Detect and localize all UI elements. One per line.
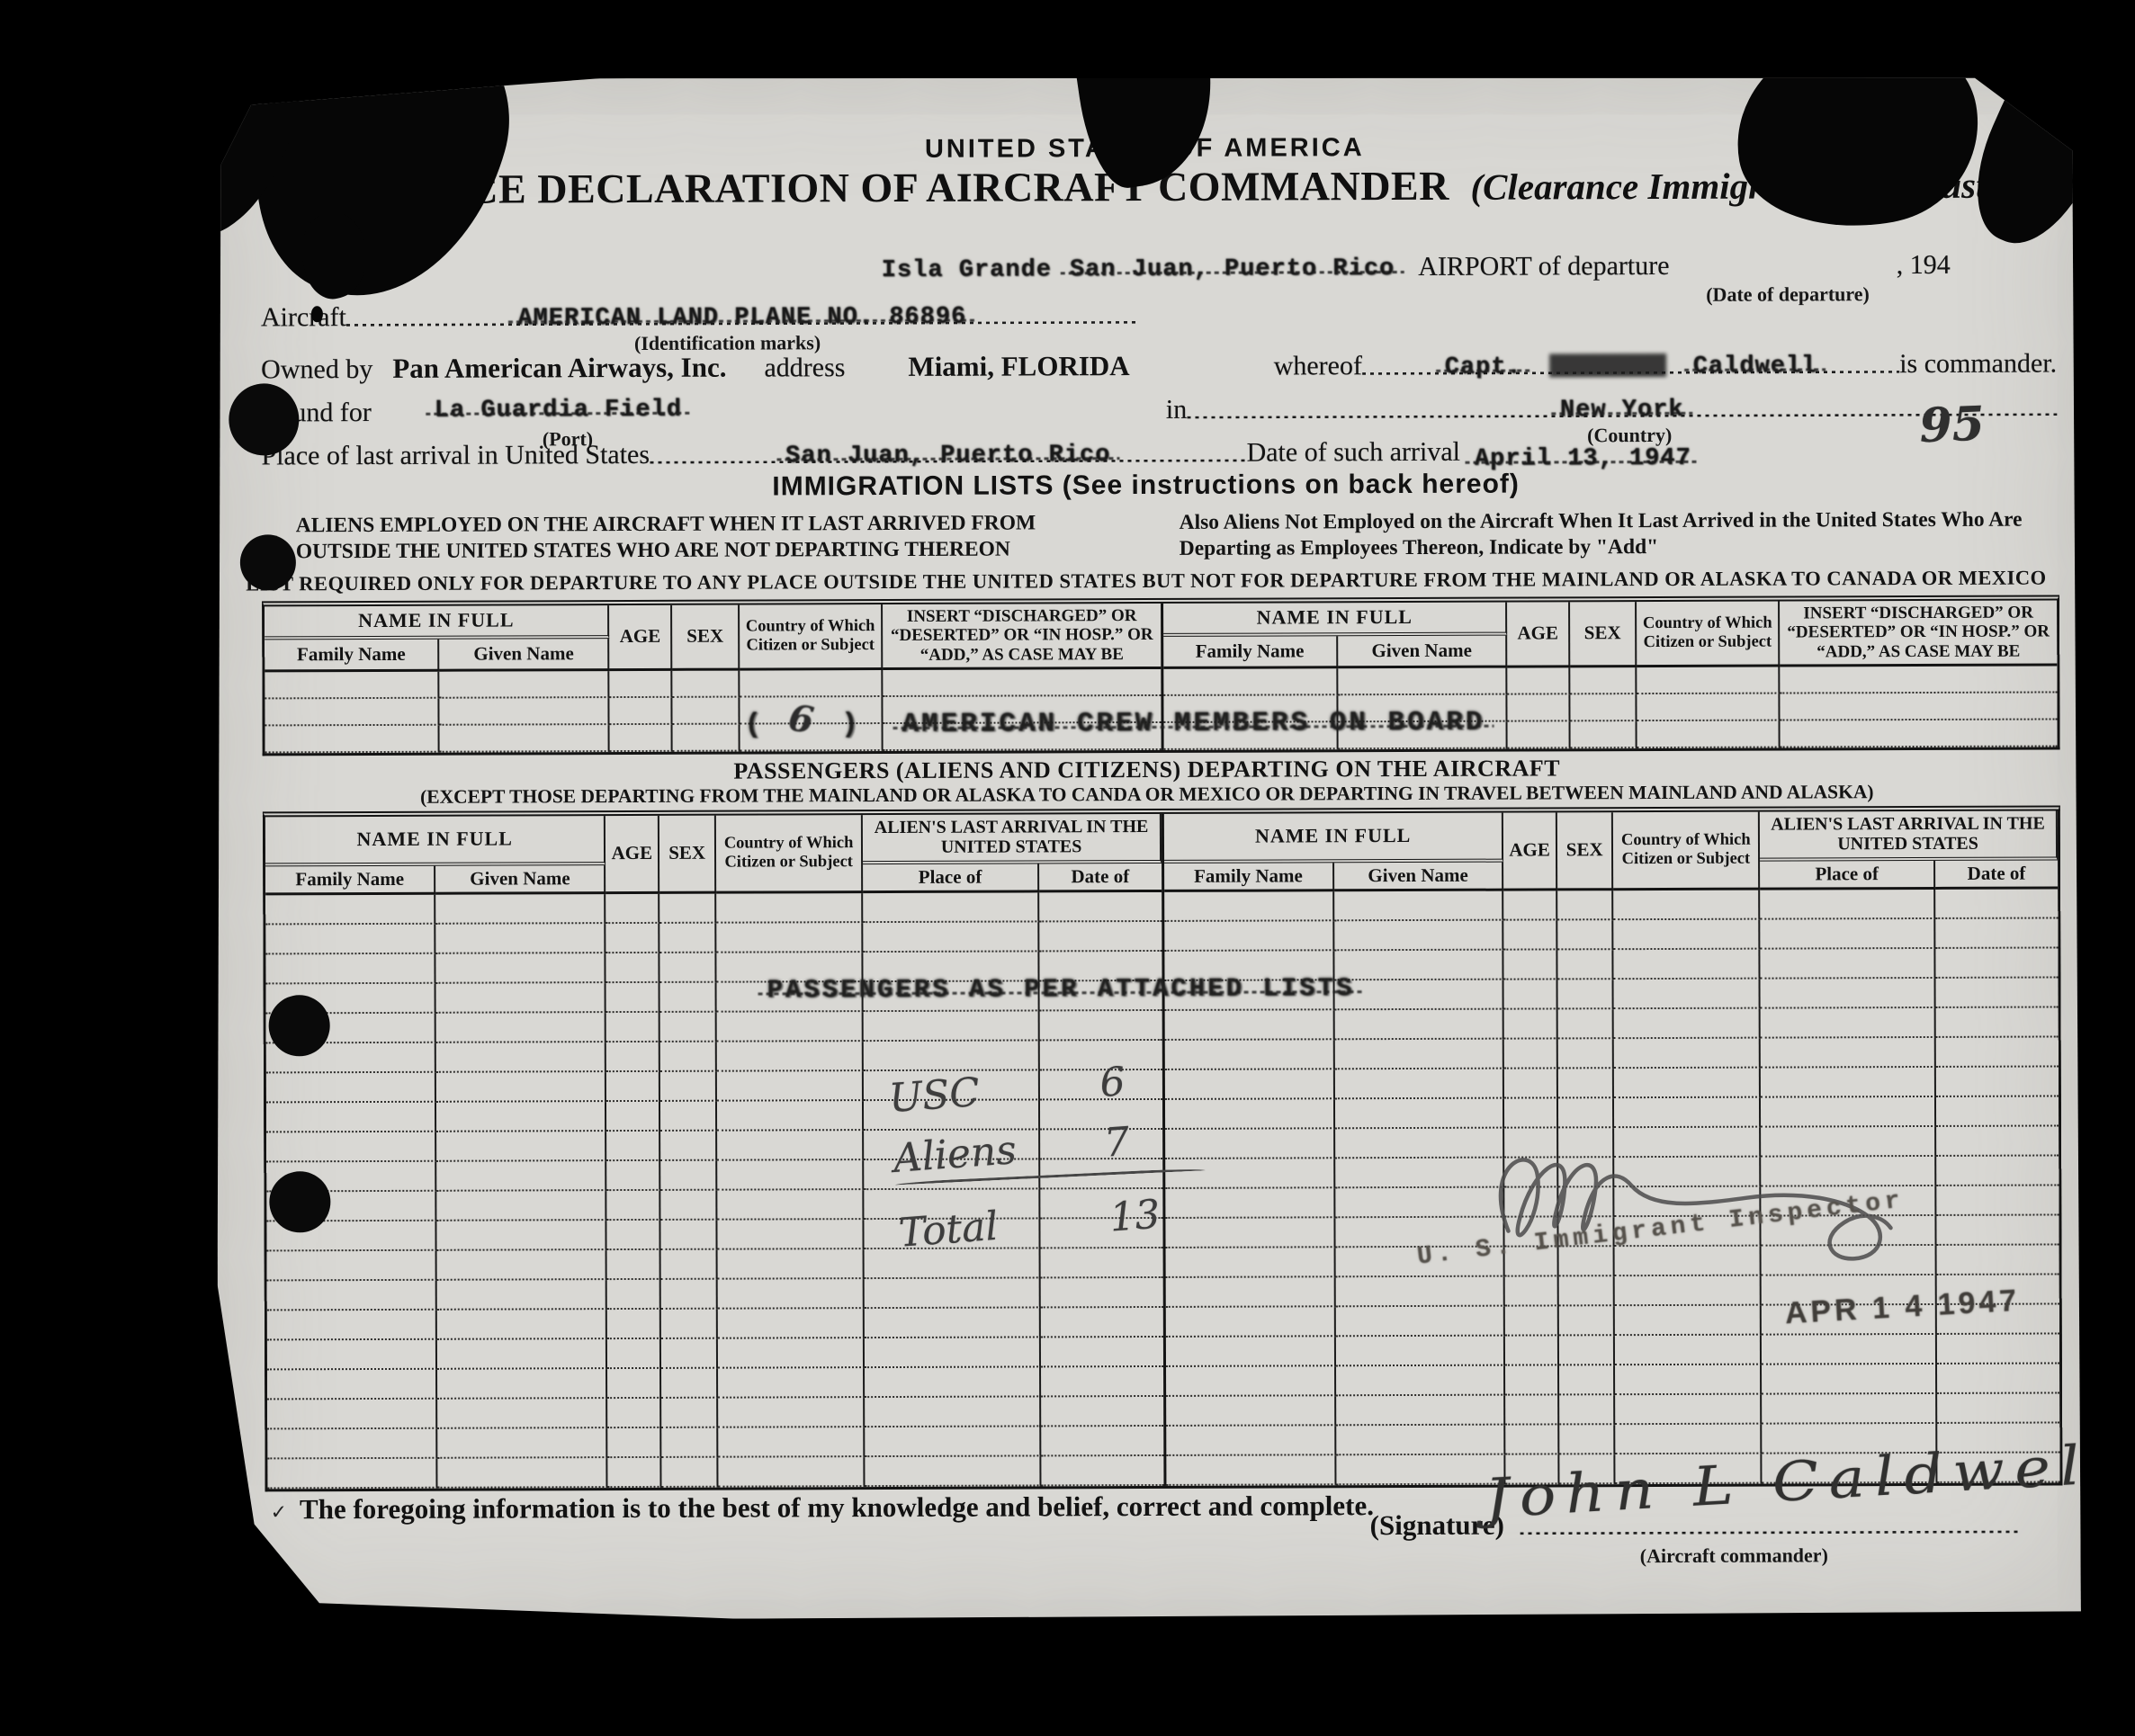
last-arrival-label: Place of last arrival in United States bbox=[261, 440, 650, 472]
pen-check-mark: ✓ bbox=[271, 1500, 288, 1524]
col-country: Country of Which Citizen or Subject bbox=[716, 815, 864, 894]
table-row bbox=[1165, 1068, 2059, 1100]
col-insert-note: INSERT “DISCHARGED” OR “DESERTED” OR “IN… bbox=[1780, 600, 2057, 667]
handwritten-tallies: USC 6 Aliens 7 Total 13 bbox=[887, 1053, 1210, 1257]
col-age: AGE bbox=[1507, 602, 1570, 667]
col-sex: SEX bbox=[1570, 602, 1637, 667]
owned-by-label: Owned by bbox=[261, 354, 372, 385]
immigration-lists-title: IMMIGRATION LISTS (See instructions on b… bbox=[215, 467, 2077, 504]
list-required-note: LIST REQUIRED ONLY FOR DEPARTURE TO ANY … bbox=[215, 566, 2077, 595]
table-row bbox=[1164, 890, 2058, 922]
in-label: in bbox=[1166, 395, 1187, 425]
table-row bbox=[1166, 1335, 2059, 1367]
aircraft-commander-label: (Aircraft commander) bbox=[1640, 1544, 1828, 1568]
table-row bbox=[267, 1278, 1163, 1311]
aircraft-value: AMERICAN LAND PLANE NO. 86896 bbox=[517, 304, 966, 333]
scanned-form-page: m 7509 PARTMENT 1941 UNITED STATES OF AM… bbox=[213, 73, 2081, 1622]
is-commander-label: is commander. bbox=[1899, 348, 2057, 380]
table-row bbox=[267, 1427, 1163, 1459]
address-value: Miami, FLORIDA bbox=[908, 350, 1129, 383]
bound-for-line: Bound for La Guardia Field (Port) in New… bbox=[261, 382, 2057, 428]
col-country: Country of Which Citizen or Subject bbox=[1637, 602, 1780, 667]
whereof-label: whereof bbox=[1274, 351, 1362, 381]
departure-airport-line: Isla Grande San Juan, Puerto Rico AIRPOR… bbox=[261, 238, 2057, 286]
aliens-employed-note: ALIENS EMPLOYED ON THE AIRCRAFT WHEN IT … bbox=[296, 510, 1129, 565]
col-age: AGE bbox=[606, 816, 659, 895]
last-arrival-line: Place of last arrival in United States S… bbox=[261, 425, 2057, 471]
departure-city-typed: Isla Grande bbox=[882, 256, 1052, 284]
commander-name: Caldwell bbox=[1693, 353, 1817, 380]
ink-drip bbox=[311, 306, 323, 322]
last-arrival-value: San Juan, Puerto Rico bbox=[785, 442, 1110, 470]
col-country: Country of Which Citizen or Subject bbox=[740, 604, 884, 670]
commander-rank: Capt. bbox=[1445, 354, 1522, 381]
passenger-table-header: NAME IN FULL Family Name Given Name AGE … bbox=[1164, 810, 2058, 892]
col-given-name: Given Name bbox=[439, 640, 609, 672]
col-age: AGE bbox=[1503, 812, 1557, 891]
col-name-in-full: NAME IN FULL bbox=[1163, 603, 1507, 638]
col-country: Country of Which Citizen or Subject bbox=[1613, 812, 1760, 891]
declaration-row: ✓ The foregoing information is to the be… bbox=[271, 1490, 1375, 1526]
table-row bbox=[265, 922, 1162, 954]
table-row bbox=[1166, 1365, 2059, 1397]
col-name-in-full: NAME IN FULL bbox=[1164, 813, 1504, 864]
col-place-of: Place of bbox=[863, 864, 1038, 893]
col-date-of: Date of bbox=[1039, 864, 1162, 893]
col-given-name: Given Name bbox=[1338, 636, 1508, 668]
year-prefix: , 194 bbox=[1897, 250, 1951, 281]
crew-table-header: NAME IN FULL Family Name Given Name AGE … bbox=[265, 604, 1161, 672]
ink-blot-top-right bbox=[1720, 13, 1994, 246]
table-row bbox=[1165, 1038, 2059, 1070]
owner-value: Pan American Airways, Inc. bbox=[392, 352, 726, 385]
commander-name-smudge bbox=[1549, 353, 1666, 377]
table-row bbox=[267, 1248, 1163, 1281]
paren-close: ) bbox=[841, 709, 861, 740]
table-row bbox=[1164, 919, 2058, 952]
total-value: 13 bbox=[1108, 1188, 1210, 1241]
col-date-of: Date of bbox=[1935, 860, 2058, 890]
col-name-in-full: NAME IN FULL bbox=[265, 605, 610, 640]
table-row bbox=[267, 1397, 1163, 1429]
arrival-date-label: Date of such arrival bbox=[1246, 437, 1460, 469]
punch-hole-3 bbox=[269, 995, 330, 1056]
declaration-text: The foregoing information is to the best… bbox=[300, 1490, 1374, 1526]
col-family-name: Family Name bbox=[265, 640, 439, 672]
col-aliens-last-arrival: ALIEN'S LAST ARRIVAL IN THE UNITED STATE… bbox=[863, 814, 1162, 864]
punch-hole-1 bbox=[229, 383, 299, 455]
crew-members-stamp: ( 6 ) AMERICAN CREW MEMBERS ON BOARD bbox=[744, 696, 1485, 741]
table-row bbox=[267, 1338, 1163, 1370]
col-sex: SEX bbox=[672, 605, 740, 671]
handwritten-crew-count: 6 bbox=[786, 696, 820, 742]
handwritten-page-number: 95 bbox=[1918, 397, 1986, 454]
table-row bbox=[265, 669, 1161, 699]
col-family-name: Family Name bbox=[265, 866, 435, 896]
immigration-notes: ALIENS EMPLOYED ON THE AIRCRAFT WHEN IT … bbox=[296, 506, 2054, 564]
address-label: address bbox=[764, 353, 845, 383]
table-row bbox=[266, 1011, 1162, 1043]
signature-label: (Signature) bbox=[1370, 1509, 1504, 1542]
table-row bbox=[267, 1367, 1163, 1400]
aliens-value: 7 bbox=[1103, 1114, 1205, 1167]
airport-label: AIRPORT of departure bbox=[1418, 251, 1669, 282]
departure-city-struck: San Juan, Puerto Rico bbox=[1070, 255, 1395, 283]
owned-by-line: Owned by Pan American Airways, Inc. addr… bbox=[261, 339, 2057, 385]
col-name-in-full: NAME IN FULL bbox=[265, 816, 606, 866]
passengers-attached-lists-stamp: PASSENGERS AS PER ATTACHED LISTS bbox=[767, 973, 1354, 1005]
port-value: La Guardia Field bbox=[435, 397, 682, 425]
table-row bbox=[1166, 1394, 2059, 1427]
col-age: AGE bbox=[610, 605, 673, 671]
table-row bbox=[267, 1456, 1163, 1489]
col-sex: SEX bbox=[1557, 812, 1614, 891]
table-row bbox=[267, 1308, 1163, 1340]
paren-open: ( bbox=[744, 709, 764, 740]
col-given-name: Given Name bbox=[1334, 862, 1504, 891]
crew-table-header: NAME IN FULL Family Name Given Name AGE … bbox=[1163, 600, 2057, 668]
usc-value: 6 bbox=[1099, 1053, 1200, 1106]
punch-hole-4 bbox=[269, 1171, 330, 1232]
col-family-name: Family Name bbox=[1163, 637, 1338, 669]
country-value: New York bbox=[1560, 397, 1684, 424]
passenger-table-header: NAME IN FULL Family Name Given Name AGE … bbox=[265, 814, 1162, 896]
col-insert-note: INSERT “DISCHARGED” OR “DESERTED” OR “IN… bbox=[883, 604, 1161, 670]
crew-stamp-text: AMERICAN CREW MEMBERS ON BOARD bbox=[902, 707, 1485, 740]
table-row bbox=[1163, 666, 2057, 695]
col-sex: SEX bbox=[659, 816, 716, 895]
aircraft-line: Aircraft AMERICAN LAND PLANE NO. 86896 (… bbox=[261, 287, 2057, 333]
aircraft-label: Aircraft bbox=[261, 302, 346, 333]
punch-hole-2 bbox=[240, 534, 296, 590]
col-family-name: Family Name bbox=[1164, 863, 1334, 892]
table-row bbox=[265, 892, 1162, 925]
signature-area: (Signature) John L Caldwell (Aircraft co… bbox=[1370, 1507, 2065, 1542]
aliens-not-employed-note: Also Aliens Not Employed on the Aircraft… bbox=[1180, 506, 2054, 561]
col-aliens-last-arrival: ALIEN'S LAST ARRIVAL IN THE UNITED STATE… bbox=[1760, 810, 2058, 861]
table-row bbox=[1165, 1008, 2059, 1041]
col-given-name: Given Name bbox=[435, 865, 606, 895]
col-place-of: Place of bbox=[1760, 861, 1935, 890]
